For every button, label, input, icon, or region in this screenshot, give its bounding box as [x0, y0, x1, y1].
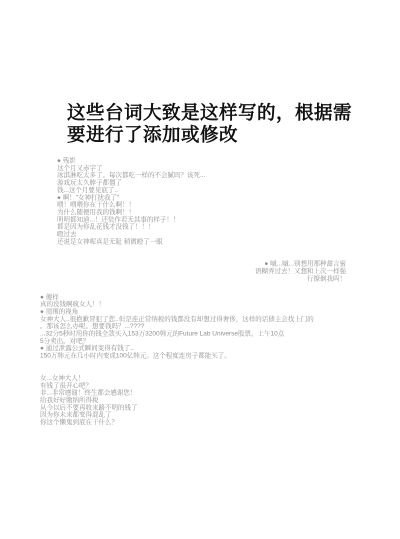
- script-notes-page: 这些台词大致是这样写的，根据需 要进行了添加或修改 ● 残影这个月又赤字了冰淇淋…: [0, 0, 400, 539]
- script-line: 都是因为你乱花钱才没钱了！！！: [57, 223, 352, 230]
- script-line: 行撩倒我吗！: [40, 275, 346, 282]
- page-title-line-2: 要进行了添加或修改: [67, 124, 238, 145]
- script-block-goddess-reply: ● 嘁...嘁...别想用那种甜言蜜语糊弄过去！又想和上次一样强行撩倒我吗！: [40, 260, 346, 282]
- script-line: 你这个懒鬼到底在干什么？: [40, 419, 352, 426]
- script-line: 还说是女神呢真是无耻 稍微瞪了一眼: [57, 238, 352, 245]
- page-title: 这些台词大致是这样写的，根据需 要进行了添加或修改: [67, 102, 352, 145]
- script-block-stock-tip: ● 傻样真的没钱啊疯女人！！● 周围的视角女神大人..很抱歉冒犯了您..但是连正…: [40, 293, 352, 359]
- script-line: 150万韩元在几小时内变成100亿韩元。这个程度连房子都能买了。: [40, 352, 352, 359]
- script-line: 真的没钱啊疯女人！！: [40, 301, 352, 308]
- page-title-line-1: 这些台词大致是这样写的，根据需: [67, 102, 352, 123]
- script-notes-body: ● 残影这个月又赤字了冰淇淋吃太多了。每次都吃一样的不会腻吗？该死...游戏玩太…: [40, 157, 352, 426]
- script-line: 语糊弄过去！又想和上次一样强: [40, 268, 346, 275]
- script-block-gratitude: 女...女神大人！有钱了很开心吧？非...非常感谢！终生都会感谢您！给我好好缴纳…: [40, 374, 352, 425]
- script-block-monologue: ● 残影这个月又赤字了冰淇淋吃太多了。每次都吃一样的不会腻吗？该死...游戏玩太…: [57, 157, 352, 245]
